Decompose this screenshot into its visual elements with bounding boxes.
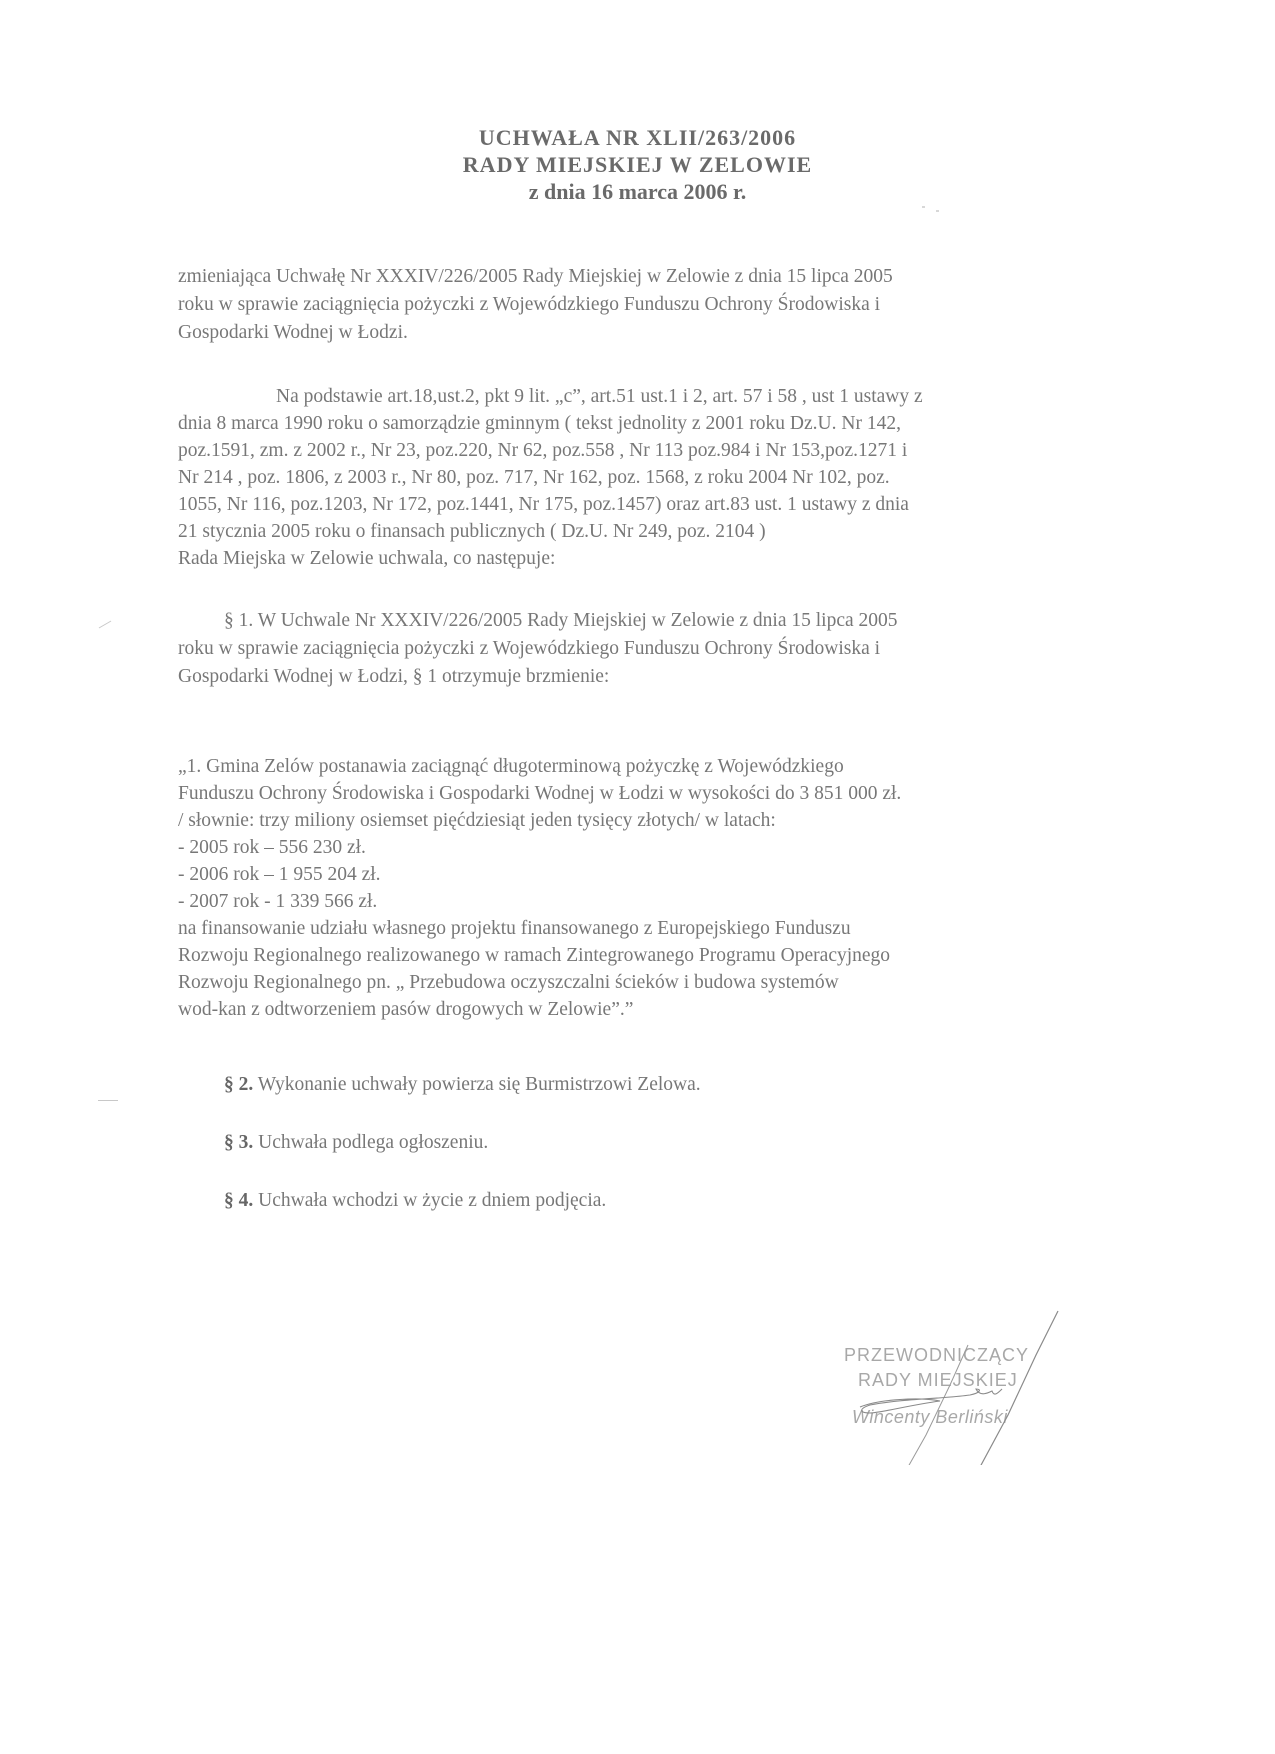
margin-mark: [99, 621, 112, 629]
quote-line: Funduszu Ochrony Środowiska i Gospodarki…: [178, 781, 901, 807]
section-3: § 3. Uchwała podlega ogłoszeniu.: [224, 1130, 488, 1156]
section-number: § 3.: [224, 1132, 253, 1153]
scan-speck: [922, 206, 925, 208]
installment-2006: - 2006 rok – 1 955 204 zł.: [178, 862, 381, 888]
quote-line: Rozwoju Regionalnego realizowanego w ram…: [178, 943, 890, 969]
document-page: UCHWAŁA NR XLII/263/2006 RADY MIEJSKIEJ …: [0, 0, 1275, 1754]
quote-line: / słownie: trzy miliony osiemset pięćdzi…: [178, 808, 776, 834]
section-text: Uchwała podlega ogłoszeniu.: [253, 1132, 488, 1153]
legal-basis-line: poz.1591, zm. z 2002 r., Nr 23, poz.220,…: [178, 438, 907, 464]
signature-stamp: PRZEWODNICZĄCY RADY MIEJSKIEJ Wincenty B…: [830, 1305, 1090, 1465]
installment-2005: - 2005 rok – 556 230 zł.: [178, 835, 366, 861]
quote-line: wod-kan z odtworzeniem pasów drogowych w…: [178, 997, 633, 1023]
legal-basis-line: Rada Miejska w Zelowie uchwala, co nastę…: [178, 546, 555, 572]
section-2: § 2. Wykonanie uchwały powierza się Burm…: [224, 1072, 701, 1098]
document-header: UCHWAŁA NR XLII/263/2006 RADY MIEJSKIEJ …: [0, 124, 1275, 205]
section-1-line: § 1. W Uchwale Nr XXXIV/226/2005 Rady Mi…: [224, 608, 898, 634]
scan-speck: [936, 210, 939, 212]
installment-2007: - 2007 rok - 1 339 566 zł.: [178, 889, 377, 915]
subject-line: roku w sprawie zaciągnięcia pożyczki z W…: [178, 292, 880, 318]
handwritten-signature-icon: [830, 1305, 1090, 1465]
section-text: Wykonanie uchwały powierza się Burmistrz…: [253, 1074, 700, 1095]
issuing-body: RADY MIEJSKIEJ W ZELOWIE: [0, 151, 1275, 178]
section-text: Uchwała wchodzi w życie z dniem podjęcia…: [253, 1190, 606, 1211]
subject-line: zmieniająca Uchwałę Nr XXXIV/226/2005 Ra…: [178, 264, 893, 290]
legal-basis-line: 1055, Nr 116, poz.1203, Nr 172, poz.1441…: [178, 492, 909, 518]
margin-mark: [98, 1100, 118, 1101]
legal-basis-line: dnia 8 marca 1990 roku o samorządzie gmi…: [178, 411, 901, 437]
section-4: § 4. Uchwała wchodzi w życie z dniem pod…: [224, 1188, 606, 1214]
quote-line: na finansowanie udziału własnego projekt…: [178, 916, 851, 942]
resolution-date: z dnia 16 marca 2006 r.: [0, 178, 1275, 205]
resolution-number: UCHWAŁA NR XLII/263/2006: [0, 124, 1275, 151]
quote-line: Rozwoju Regionalnego pn. „ Przebudowa oc…: [178, 970, 839, 996]
section-number: § 4.: [224, 1190, 253, 1211]
section-1-line: Gospodarki Wodnej w Łodzi, § 1 otrzymuje…: [178, 664, 609, 690]
legal-basis-line: Na podstawie art.18,ust.2, pkt 9 lit. „c…: [276, 384, 923, 410]
section-1-line: roku w sprawie zaciągnięcia pożyczki z W…: [178, 636, 880, 662]
quote-line: „1. Gmina Zelów postanawia zaciągnąć dłu…: [178, 754, 844, 780]
section-number: § 2.: [224, 1074, 253, 1095]
legal-basis-line: Nr 214 , poz. 1806, z 2003 r., Nr 80, po…: [178, 465, 890, 491]
legal-basis-line: 21 stycznia 2005 roku o finansach public…: [178, 519, 766, 545]
subject-line: Gospodarki Wodnej w Łodzi.: [178, 320, 408, 346]
